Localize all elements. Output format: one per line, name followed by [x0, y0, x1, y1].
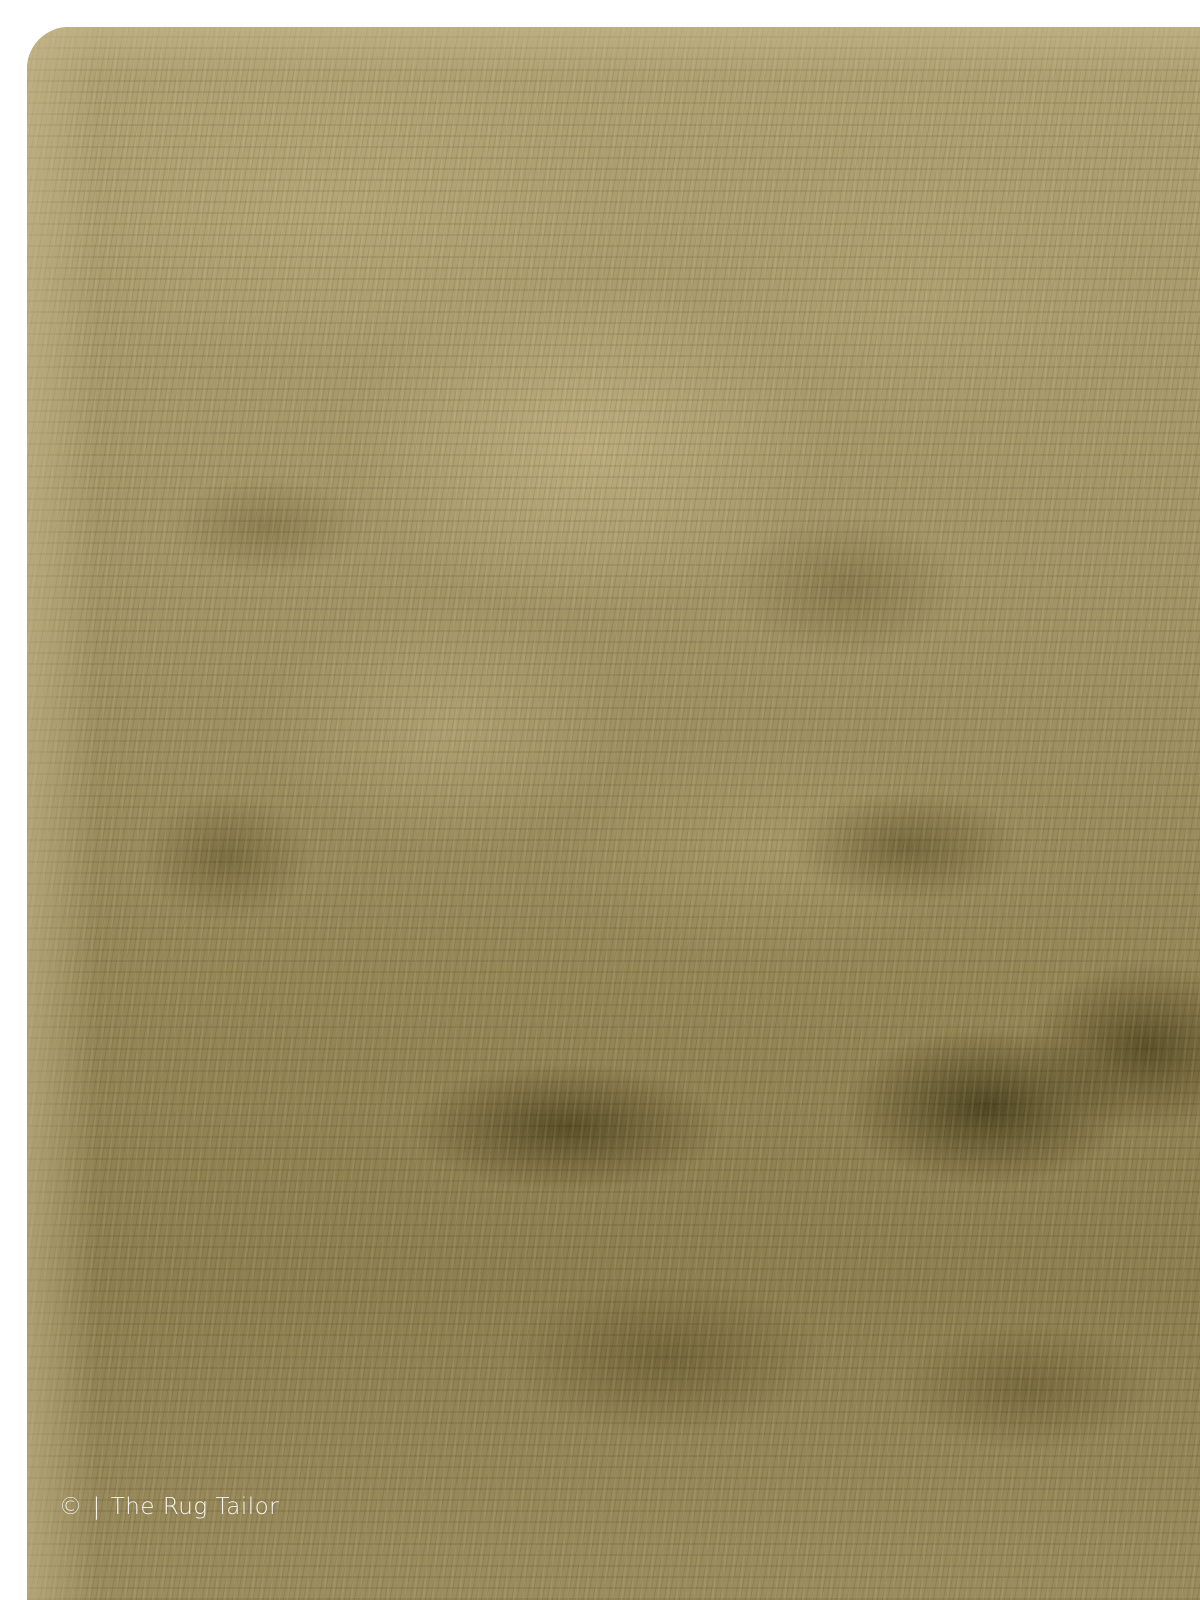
rug-top-edge [27, 27, 1200, 77]
rug-sheen [27, 27, 1200, 1600]
shag-rug [27, 27, 1200, 1600]
photo-canvas: ©|The Rug Tailor [0, 0, 1200, 1600]
rug-left-edge [27, 27, 97, 1600]
watermark-text: The Rug Tailor [111, 1494, 279, 1520]
watermark-separator: | [93, 1494, 101, 1520]
copyright-watermark: ©|The Rug Tailor [59, 1494, 289, 1520]
copyright-icon: © [59, 1494, 83, 1520]
